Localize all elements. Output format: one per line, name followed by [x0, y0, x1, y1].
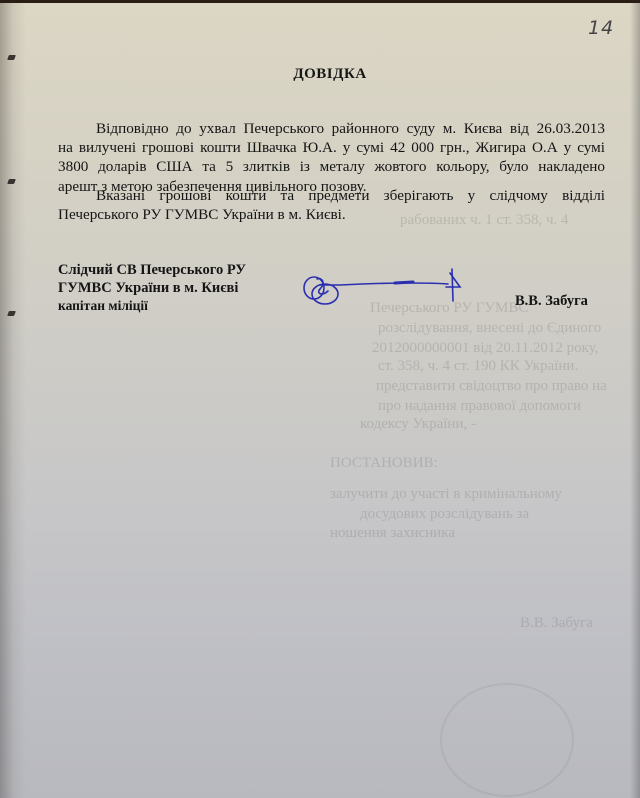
show-through-text: ст. 358, ч. 4 ст. 190 КК України.: [378, 358, 578, 375]
paragraph-line: Вказані грошові кошти та предмети зберіг…: [58, 186, 605, 205]
paper-sheet: рабованих ч. 1 ст. 358, ч. 4 Печерського…: [0, 3, 640, 798]
document-title: ДОВІДКА: [0, 66, 640, 83]
paragraph-line: Печерського РУ ГУМВС України в м. Києві.: [58, 205, 605, 224]
show-through-text: представити свідоцтво про право на: [376, 378, 607, 395]
show-through-text: досудових розслідувань за: [360, 506, 529, 523]
signatory-position-line: капітан міліції: [58, 297, 246, 315]
show-through-text: кодексу України, -: [360, 416, 476, 433]
paragraph-line: Відповідно до ухвал Печерського районног…: [58, 119, 605, 138]
show-through-text: В.В. Забуга: [520, 615, 593, 632]
paragraph-seizure: Відповідно до ухвал Печерського районног…: [58, 119, 605, 196]
show-through-text: ПОСТАНОВИВ:: [330, 455, 438, 472]
handwritten-page-number: 14: [588, 17, 614, 39]
show-through-text: 2012000000001 від 20.11.2012 року,: [372, 340, 598, 357]
signatory-position-line: Слідчий СВ Печерського РУ: [58, 261, 246, 279]
signatory-name: В.В. Забуга: [515, 293, 588, 310]
stamp-show-through: [440, 683, 574, 797]
handwritten-signature: [300, 261, 470, 311]
binding-hole: [7, 311, 16, 316]
show-through-text: про надання правової допомоги: [378, 398, 581, 415]
signatory-position-line: ГУМВС України в м. Києві: [58, 279, 246, 297]
binding-hole: [7, 179, 16, 184]
show-through-text: ношення захисника: [330, 525, 455, 542]
show-through-text: розслідування, внесені до Єдиного: [378, 320, 601, 337]
paragraph-line: 3800 доларів США та 5 злитків із металу …: [58, 157, 605, 176]
binding-hole: [7, 55, 16, 60]
paragraph-storage: Вказані грошові кошти та предмети зберіг…: [58, 186, 605, 224]
paragraph-line: на вилучені грошові кошти Швачка Ю.А. у …: [58, 138, 605, 157]
document-photo: рабованих ч. 1 ст. 358, ч. 4 Печерського…: [0, 0, 640, 798]
signatory-position: Слідчий СВ Печерського РУ ГУМВС України …: [58, 261, 246, 315]
show-through-text: залучити до участі в кримінальному: [330, 486, 562, 503]
